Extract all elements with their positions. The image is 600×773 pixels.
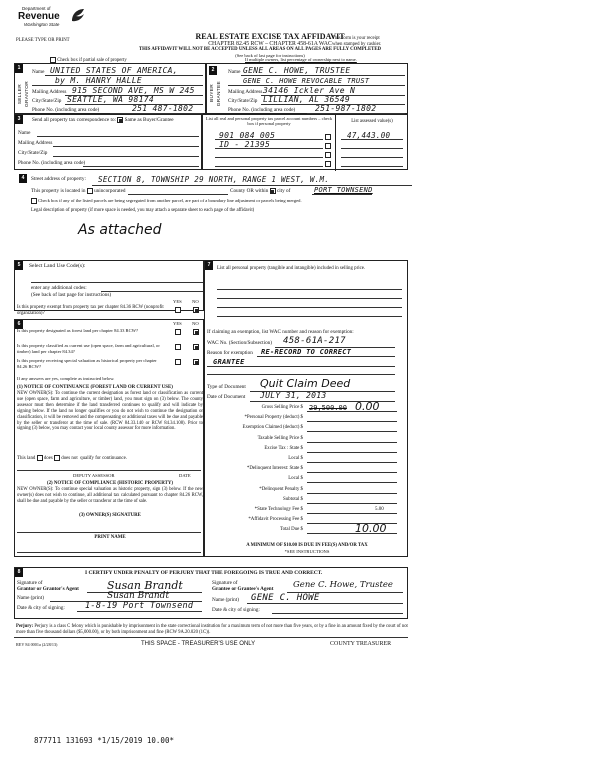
fee-label: Exemption Claimed (deduct) $ bbox=[243, 425, 303, 430]
fee-label: Local $ bbox=[288, 456, 303, 461]
seller-label: SELLER bbox=[18, 84, 23, 104]
fee-label: *Personal Property (deduct) $ bbox=[244, 415, 303, 420]
grantor-name-2[interactable]: by M. HANRY HALLE bbox=[55, 76, 142, 85]
name-label: Name bbox=[32, 69, 44, 75]
phone-label: Phone No. (including area code) bbox=[228, 107, 295, 113]
parcels-header: List all real and personal property tax … bbox=[205, 116, 333, 126]
designation-question: Is this property receiving special valua… bbox=[17, 358, 167, 369]
section-number: 3 bbox=[15, 115, 23, 124]
minimum-note: A MINIMUM OF $10.00 IS DUE IN FEE(S) AND… bbox=[205, 543, 409, 548]
street-address[interactable]: SECTION 8, TOWNSHIP 29 NORTH, RANGE 1 WE… bbox=[98, 175, 329, 184]
street-label: Street address of property: bbox=[31, 176, 86, 182]
reason-value-2[interactable]: GRANTEE bbox=[213, 358, 245, 366]
doc-type-value[interactable]: Quit Claim Deed bbox=[260, 377, 350, 390]
struck-price: 29,500.00 bbox=[309, 404, 347, 412]
legal-description[interactable]: As attached bbox=[78, 222, 162, 238]
doc-date-value[interactable]: JULY 31, 2013 bbox=[260, 391, 327, 400]
values-header: List assessed value(s) bbox=[337, 119, 407, 124]
corr-phone-label: Phone No. (including area code) bbox=[18, 160, 85, 166]
logo-leaf-icon bbox=[70, 7, 86, 23]
fee-value[interactable]: 10.00 bbox=[355, 522, 387, 535]
grantor-city[interactable]: SEATTLE, WA 98174 bbox=[67, 95, 154, 104]
corr-city-label: City/State/Zip bbox=[18, 150, 47, 156]
no-header: NO bbox=[192, 321, 199, 326]
personal-property-label: List all personal property (tangible and… bbox=[217, 266, 397, 272]
county-treasurer-label: COUNTY TREASURER bbox=[330, 641, 391, 647]
corr-address-label: Mailing Address bbox=[18, 140, 52, 146]
section-number: 5 bbox=[15, 261, 23, 270]
assessed-value[interactable]: 47,443.00 bbox=[347, 131, 390, 140]
notice1-title: (1) NOTICE OF CONTINUANCE (FOREST LAND O… bbox=[17, 385, 173, 390]
section-number: 2 bbox=[209, 66, 217, 75]
reason-label: Reason for exemption bbox=[207, 350, 253, 356]
fee-label: Local $ bbox=[288, 476, 303, 481]
exempt-yes-checkbox[interactable] bbox=[175, 307, 181, 313]
yes-header: YES bbox=[173, 299, 182, 304]
parcel-number[interactable]: 901 084 005 bbox=[219, 131, 275, 140]
same-as-grantee-checkbox[interactable] bbox=[117, 117, 123, 123]
fee-label: Taxable Selling Price $ bbox=[258, 436, 303, 441]
section-7: 7 List all personal property (tangible a… bbox=[204, 260, 408, 557]
section-number: 8 bbox=[15, 568, 23, 577]
grantee-phone[interactable]: 251-987-1802 bbox=[315, 104, 376, 113]
legal-description-label: Legal description of property (if more s… bbox=[31, 208, 254, 213]
certify-statement: I CERTIFY UNDER PENALTY OF PERJURY THAT … bbox=[85, 570, 322, 576]
notice2-title: (2) NOTICE OF COMPLIANCE (HISTORIC PROPE… bbox=[15, 481, 205, 486]
exempt-no-checkbox[interactable] bbox=[193, 307, 199, 313]
does-not-checkbox[interactable] bbox=[54, 455, 60, 461]
question-no-checkbox[interactable] bbox=[193, 359, 199, 365]
receipt-note-2: when stamped by cashier. bbox=[332, 42, 381, 47]
grantor-name-label: Name (print) bbox=[17, 595, 44, 601]
land-use-see-back: (See back of last page for instructions) bbox=[31, 292, 111, 298]
section-number: 1 bbox=[15, 64, 23, 73]
reason-value-1[interactable]: RE-RECORD TO CORRECT bbox=[261, 348, 351, 356]
grantor-name-1[interactable]: UNITED STATES OF AMERICA, bbox=[50, 66, 178, 75]
additional-codes-label: enter any additional codes: bbox=[31, 285, 87, 291]
grantee-label: GRANTEE bbox=[217, 81, 222, 106]
grantee-name-1[interactable]: GENE C. HOWE, TRUSTEE bbox=[243, 66, 350, 75]
notice1-body: NEW OWNER(S): To continue the current de… bbox=[17, 391, 203, 432]
land-use-section: 5 Select Land Use Code(s): enter any add… bbox=[14, 260, 204, 311]
please-type-label: PLEASE TYPE OR PRINT bbox=[16, 38, 70, 43]
grantor-section: 1 SELLER GRANTOR Name UNITED STATES OF A… bbox=[14, 63, 206, 114]
fee-label: *State Technology Fee $ bbox=[255, 507, 303, 512]
doc-date-label: Date of Document bbox=[207, 394, 245, 400]
grantor-sig-label-2: Grantor or Grantor's Agent bbox=[17, 586, 79, 592]
designation-question: Is this property designated as forest la… bbox=[17, 328, 167, 334]
grantee-date-label: Date & city of signing: bbox=[212, 607, 260, 613]
form-warning: THIS AFFIDAVIT WILL NOT BE ACCEPTED UNLE… bbox=[60, 47, 460, 52]
correspondence-section: 3 Send all property tax correspondence t… bbox=[14, 114, 202, 170]
question-no-checkbox[interactable] bbox=[193, 329, 199, 335]
question-no-checkbox[interactable] bbox=[193, 344, 199, 350]
land-use-title: Select Land Use Code(s): bbox=[29, 263, 85, 269]
fee-label: Total Due $ bbox=[280, 527, 303, 532]
parcels-section: List all real and personal property tax … bbox=[202, 114, 408, 170]
does-checkbox[interactable] bbox=[37, 455, 43, 461]
grantor-label: GRANTOR bbox=[25, 81, 30, 107]
doc-type-label: Type of Document bbox=[207, 384, 246, 390]
grantee-name-2[interactable]: GENE C. HOWE REVOCABLE TRUST bbox=[243, 77, 369, 85]
print-name-label: PRINT NAME bbox=[15, 535, 205, 540]
section-8: 8 I CERTIFY UNDER PENALTY OF PERJURY THA… bbox=[14, 567, 408, 619]
notice2-body: NEW OWNER(S): To continue special valuat… bbox=[17, 487, 203, 505]
grantor-date-city[interactable]: 1-8-19 Port Townsend bbox=[85, 601, 193, 611]
continuance-row: This land does does not qualify for cont… bbox=[17, 455, 127, 461]
treasurer-use-label: THIS SPACE - TREASURER'S USE ONLY bbox=[141, 641, 255, 647]
fee-label: *Delinquent Interest: State $ bbox=[247, 466, 303, 471]
grantor-date-label: Date & city of signing: bbox=[17, 605, 65, 611]
fee-label: Subtotal $ bbox=[283, 497, 303, 502]
owner-signature-label: (3) OWNER(S) SIGNATURE bbox=[15, 513, 205, 518]
deputy-assessor-label: DEPUTY ASSESSOR bbox=[73, 473, 115, 478]
fee-label: *Affidavit Processing Fee $ bbox=[248, 517, 303, 522]
grantee-section: 2 BUYER GRANTEE Name GENE C. HOWE, TRUST… bbox=[206, 63, 408, 114]
logo-main: Revenue bbox=[18, 11, 60, 22]
personal-property-checkbox[interactable] bbox=[325, 134, 331, 140]
receipt-note-1: This form is your receipt bbox=[332, 36, 380, 41]
perjury-notice: Perjury: Perjury is a class C felony whi… bbox=[16, 624, 416, 636]
question-yes-checkbox[interactable] bbox=[175, 344, 181, 350]
designation-question: Is this property classified as current u… bbox=[17, 343, 167, 354]
grantor-print-name[interactable]: Susan Brandt bbox=[107, 591, 169, 601]
grantee-address[interactable]: 34146 Ickler Ave N bbox=[263, 86, 355, 95]
city-label: City/State/Zip bbox=[32, 98, 61, 104]
date-label: DATE bbox=[179, 473, 191, 478]
personal-property-checkbox[interactable] bbox=[325, 152, 331, 158]
question-yes-checkbox[interactable] bbox=[175, 329, 181, 335]
exemption-label: If claiming an exemption, list WAC numbe… bbox=[207, 329, 354, 335]
fee-label: *Delinquent Penalty $ bbox=[259, 487, 303, 492]
multiple-owners-note: If multiple owners, list percentage of o… bbox=[245, 57, 357, 62]
no-header: NO bbox=[192, 299, 199, 304]
unincorporated-checkbox[interactable] bbox=[87, 188, 93, 194]
wac-value[interactable]: 458-61A-217 bbox=[283, 336, 346, 346]
if-yes-note: If any answers are yes, complete as inst… bbox=[17, 376, 114, 381]
correspondence-label: Send all property tax correspondence to:… bbox=[32, 117, 174, 123]
corr-name-label: Name bbox=[18, 130, 30, 136]
section-number: 7 bbox=[205, 261, 213, 270]
grantee-sig-label-2: Grantee or Grantee's Agent bbox=[212, 586, 273, 592]
city-checkbox[interactable] bbox=[270, 188, 276, 194]
logo-sub: Washington State bbox=[24, 22, 59, 27]
question-yes-checkbox[interactable] bbox=[175, 359, 181, 365]
phone-label: Phone No. (including area code) bbox=[32, 107, 99, 113]
revision-number: REV 84 0001a (2/28/13) bbox=[16, 642, 57, 647]
city-value[interactable]: PORT TOWNSEND bbox=[314, 186, 373, 194]
address-label: Mailing Address bbox=[32, 89, 66, 95]
yes-header: YES bbox=[173, 321, 182, 326]
grantee-name-label: Name (print) bbox=[212, 597, 239, 603]
exempt-question: Is this property exempt from property ta… bbox=[17, 305, 167, 316]
dor-logo: Department of Revenue Washington State bbox=[12, 4, 92, 32]
fee-value[interactable]: 5.00 bbox=[375, 507, 384, 512]
personal-property-checkbox[interactable] bbox=[325, 161, 331, 167]
name-label: Name bbox=[228, 69, 240, 75]
see-instructions-note: *SEE INSTRUCTIONS bbox=[205, 549, 409, 554]
section-6: 6 YES NO Is this property designated as … bbox=[14, 319, 204, 557]
fee-label: Excise Tax : State $ bbox=[264, 446, 303, 451]
grantee-signature[interactable]: Gene C. Howe, Trustee bbox=[293, 580, 393, 590]
buyer-label: BUYER bbox=[210, 84, 215, 102]
fee-label: Gross Selling Price $ bbox=[262, 405, 303, 410]
fee-value[interactable]: 0.00 bbox=[355, 400, 380, 413]
parcel-number[interactable]: ID - 21395 bbox=[219, 140, 270, 149]
personal-property-checkbox[interactable] bbox=[325, 143, 331, 149]
grantee-city[interactable]: LILLIAN, AL 36549 bbox=[263, 95, 350, 104]
segregated-row: Check box if any of the listed parcels a… bbox=[31, 198, 302, 204]
cashier-stamp: 877711 131693 *1/15/2019 10.00* bbox=[34, 736, 174, 745]
address-label: Mailing Address bbox=[228, 89, 262, 95]
grantor-address[interactable]: 915 SECOND AVE, MS W 245 bbox=[72, 86, 195, 95]
segregated-checkbox[interactable] bbox=[31, 198, 37, 204]
located-row: This property is located in unincorporat… bbox=[31, 188, 125, 194]
county-or-row: County OR within city of bbox=[230, 188, 290, 194]
section-number: 4 bbox=[19, 174, 27, 183]
wac-label: WAC No. (Section/Subsection) bbox=[207, 340, 272, 346]
grantor-phone[interactable]: 251 487-1802 bbox=[132, 104, 193, 113]
city-label: City/State/Zip bbox=[228, 98, 257, 104]
grantee-print-name[interactable]: GENE C. HOWE bbox=[251, 593, 320, 603]
